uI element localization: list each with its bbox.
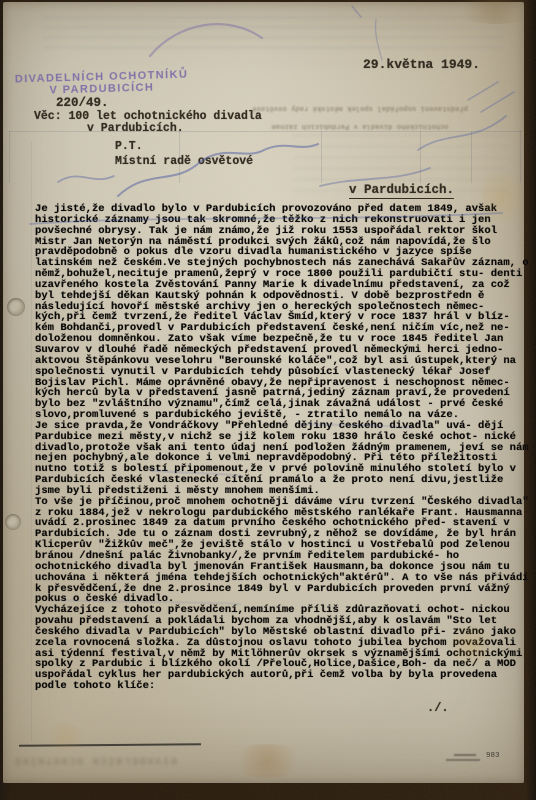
paragraph-1: Je jisté,že divadlo bylo v Pardubicích p… xyxy=(35,204,531,421)
bleedthrough-line: ochotnického divadla v Pardubicích zázna… xyxy=(272,122,449,130)
archive-stamp-line xyxy=(454,754,476,756)
archive-stamp: 983 xyxy=(446,754,506,761)
paragraph-3: To vše je příčinou,proč mnohem ochotněji… xyxy=(35,497,531,605)
bleedthrough-line: představení uspořádal spolek městské rad… xyxy=(252,104,468,112)
fold-line xyxy=(31,142,32,742)
letter-date: 29.května 1949. xyxy=(363,57,480,72)
punch-hole xyxy=(5,514,21,530)
bleedthrough-rows-top xyxy=(43,16,503,54)
archive-number: 983 xyxy=(486,752,500,760)
form-line-vertical xyxy=(520,131,521,183)
stain xyxy=(455,0,535,24)
recipient-salutation: P.T. xyxy=(115,140,143,153)
continuation-mark: ./. xyxy=(427,701,449,715)
stamp-line2: V PARDUBICÍCH xyxy=(49,82,154,97)
letter-body: Je jisté,že divadlo bylo v Pardubicích p… xyxy=(35,204,531,692)
recipient-name: Místní radě osvětové xyxy=(115,155,253,168)
form-line-vertical xyxy=(9,131,10,183)
letter-paper: DIVADELNÍCH OCHOTNÍKŮV PARDUBICÍCH 29.kv… xyxy=(3,2,524,783)
paragraph-4: Vycházejíce z tohoto přesvědčení,nemíním… xyxy=(35,605,531,692)
scanned-letter-photo: DIVADELNÍCH OCHOTNÍKŮV PARDUBICÍCH 29.kv… xyxy=(0,0,536,800)
place-heading-text: v Pardubicích. xyxy=(349,183,454,199)
bleedthrough-text-top: ochotnického divadla v Pardubicích zázna… xyxy=(233,94,513,139)
punch-hole xyxy=(7,298,25,316)
organization-stamp: DIVADELNÍCH OCHOTNÍKŮV PARDUBICÍCH xyxy=(15,69,189,98)
archive-stamp-line xyxy=(446,759,480,761)
paragraph-2: Je sice pravda,že Vondráčkovy "Přehledné… xyxy=(35,421,531,497)
bleedthrough-text-bottom: DIVADELNÍCH OCHOTNÍKŮ xyxy=(17,754,177,766)
subject-line2: v Pardubicích. xyxy=(87,122,184,135)
bottom-rule xyxy=(19,743,201,747)
reference-number: 220/49. xyxy=(56,96,109,110)
stain xyxy=(229,744,305,778)
